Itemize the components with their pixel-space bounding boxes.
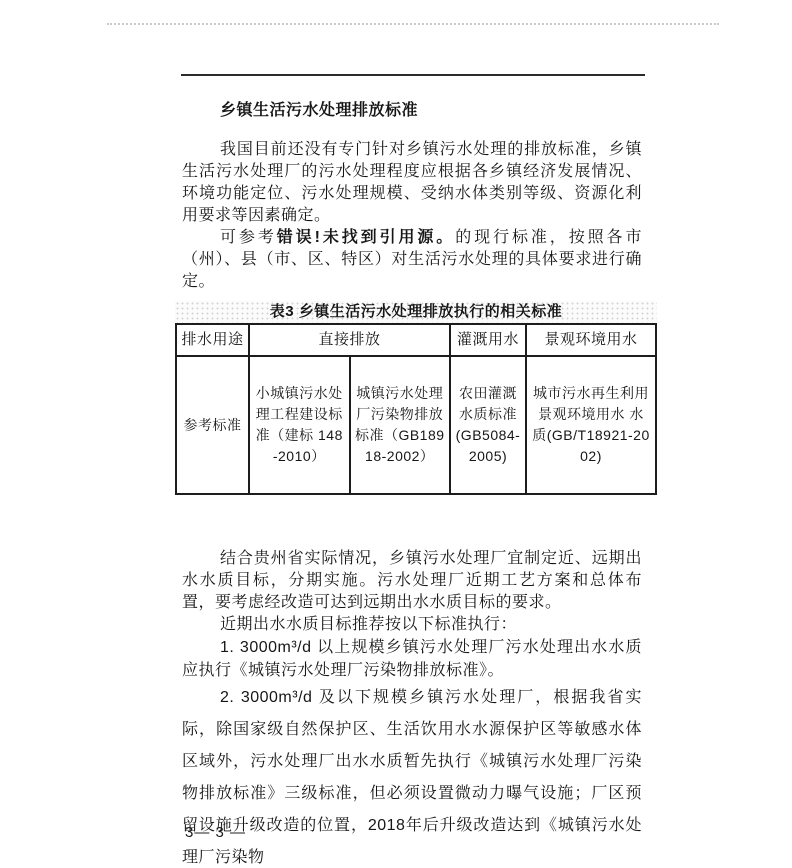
paragraph-reference: 可参考错误!未找到引用源。的现行标准，按照各市（州）、县（市、区、特区）对生活污… <box>182 227 642 293</box>
list-item-2: 2. 3000m³/d 及以下规模乡镇污水处理厂，根据我省实际，除国家级自然保护… <box>182 682 642 868</box>
list-item-1: 1. 3000m³/d 以上规模乡镇污水处理厂污水处理出水水质应执行《城镇污水处… <box>182 636 642 682</box>
table-header-drainage-use: 排水用途 <box>176 324 249 356</box>
document-page: 乡镇生活污水处理排放标准 我国目前还没有专门针对乡镇污水处理的排放标准，乡镇生活… <box>0 0 792 868</box>
document-content: 乡镇生活污水处理排放标准 我国目前还没有专门针对乡镇污水处理的排放标准，乡镇生活… <box>182 100 642 868</box>
paragraph-reference-prefix: 可参考 <box>220 229 277 246</box>
table-cell-small-town-standard: 小城镇污水处理工程建设标准（建标 148-2010） <box>249 356 350 494</box>
table-row: 参考标准 小城镇污水处理工程建设标准（建标 148-2010） 城镇污水处理厂污… <box>176 356 656 494</box>
table-cell-urban-discharge-standard: 城镇污水处理厂污染物排放标准（GB18918-2002） <box>350 356 451 494</box>
table-cell-farm-irrigation-standard: 农田灌溉水质标准(GB5084-2005) <box>450 356 526 494</box>
paragraph-intro: 我国目前还没有专门针对乡镇污水处理的排放标准，乡镇生活污水处理厂的污水处理程度应… <box>182 139 642 227</box>
table-header-direct-discharge: 直接排放 <box>249 324 450 356</box>
standards-table: 排水用途 直接排放 灌溉用水 景观环境用水 参考标准 小城镇污水处理工程建设标准… <box>175 323 657 495</box>
page-top-dotted-line <box>107 23 719 25</box>
header-rule-line <box>181 74 645 76</box>
table-header-landscape-water: 景观环境用水 <box>526 324 656 356</box>
table-cell-row-label: 参考标准 <box>176 356 249 494</box>
table-header-row: 排水用途 直接排放 灌溉用水 景观环境用水 <box>176 324 656 356</box>
table-cell-landscape-reuse-standard: 城市污水再生利用景观环境用水 水质(GB/T18921-2002) <box>526 356 656 494</box>
error-field-text: 错误!未找到引用源。 <box>277 229 455 246</box>
table-header-irrigation-water: 灌溉用水 <box>450 324 526 356</box>
page-number: 3— 3 — <box>185 824 246 841</box>
table-caption: 表3 乡镇生活污水处理排放执行的相关标准 <box>175 301 657 323</box>
paragraph-guizhou-plan: 结合贵州省实际情况，乡镇污水处理厂宜制定近、远期出水水质目标，分期实施。污水处理… <box>182 548 642 614</box>
document-title: 乡镇生活污水处理排放标准 <box>182 100 642 122</box>
paragraph-near-term-intro: 近期出水水质目标推荐按以下标准执行： <box>182 614 642 636</box>
